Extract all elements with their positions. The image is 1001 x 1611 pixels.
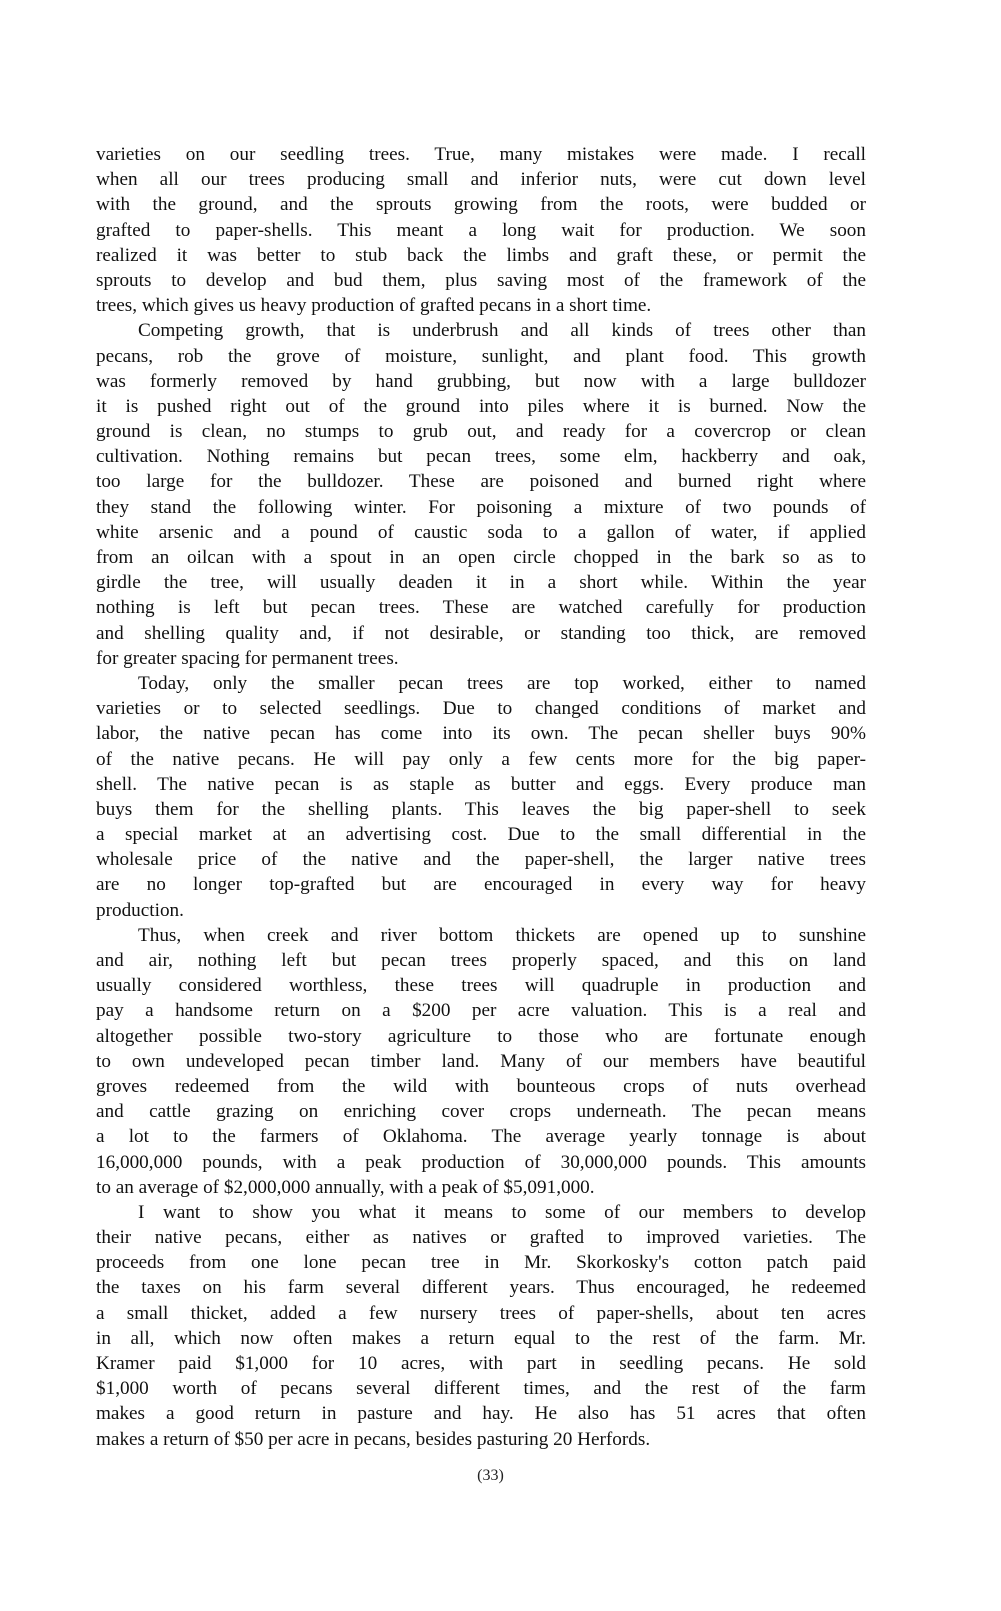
text-line: of the native pecans. He will pay only a… <box>96 747 866 772</box>
text-line: for greater spacing for permanent trees. <box>96 646 866 671</box>
text-line: their native pecans, either as natives o… <box>96 1225 866 1250</box>
text-line: when all our trees producing small and i… <box>96 167 866 192</box>
text-line: from an oilcan with a spout in an open c… <box>96 545 866 570</box>
text-line: altogether possible two-story agricultur… <box>96 1024 866 1049</box>
paragraph: Thus, when creek and river bottom thicke… <box>96 923 866 1200</box>
text-line: makes a good return in pasture and hay. … <box>96 1401 866 1426</box>
text-line: and cattle grazing on enriching cover cr… <box>96 1099 866 1124</box>
text-line: sprouts to develop and bud them, plus sa… <box>96 268 866 293</box>
text-line: to own undeveloped pecan timber land. Ma… <box>96 1049 866 1074</box>
text-line: wholesale price of the native and the pa… <box>96 847 866 872</box>
text-line: cultivation. Nothing remains but pecan t… <box>96 444 866 469</box>
text-line: trees, which gives us heavy production o… <box>96 293 866 318</box>
text-line: 16,000,000 pounds, with a peak productio… <box>96 1150 866 1175</box>
text-line: varieties or to selected seedlings. Due … <box>96 696 866 721</box>
text-line: a special market at an advertising cost.… <box>96 822 866 847</box>
text-line: usually considered worthless, these tree… <box>96 973 866 998</box>
text-line: they stand the following winter. For poi… <box>96 495 866 520</box>
text-line: $1,000 worth of pecans several different… <box>96 1376 866 1401</box>
text-line: a small thicket, added a few nursery tre… <box>96 1301 866 1326</box>
text-line: with the ground, and the sprouts growing… <box>96 192 866 217</box>
text-line: are no longer top-grafted but are encour… <box>96 872 866 897</box>
text-line: pecans, rob the grove of moisture, sunli… <box>96 344 866 369</box>
paragraph: varieties on our seedling trees. True, m… <box>96 142 866 318</box>
text-line: groves redeemed from the wild with bount… <box>96 1074 866 1099</box>
text-line: the taxes on his farm several different … <box>96 1275 866 1300</box>
text-line: labor, the native pecan has come into it… <box>96 721 866 746</box>
text-line: in all, which now often makes a return e… <box>96 1326 866 1351</box>
text-line: I want to show you what it means to some… <box>96 1200 866 1225</box>
text-line: pay a handsome return on a $200 per acre… <box>96 998 866 1023</box>
text-line: proceeds from one lone pecan tree in Mr.… <box>96 1250 866 1275</box>
text-line: to an average of $2,000,000 annually, wi… <box>96 1175 866 1200</box>
text-line: Competing growth, that is underbrush and… <box>96 318 866 343</box>
text-line: Kramer paid $1,000 for 10 acres, with pa… <box>96 1351 866 1376</box>
text-line: shell. The native pecan is as staple as … <box>96 772 866 797</box>
page-number-text: (33) <box>477 1467 504 1484</box>
text-line: Thus, when creek and river bottom thicke… <box>96 923 866 948</box>
page-number: (33) <box>0 1467 1001 1485</box>
text-line: Today, only the smaller pecan trees are … <box>96 671 866 696</box>
text-line: makes a return of $50 per acre in pecans… <box>96 1427 866 1452</box>
text-line: it is pushed right out of the ground int… <box>96 394 866 419</box>
text-line: production. <box>96 898 866 923</box>
text-line: nothing is left but pecan trees. These a… <box>96 595 866 620</box>
text-line: and shelling quality and, if not desirab… <box>96 621 866 646</box>
text-line: and air, nothing left but pecan trees pr… <box>96 948 866 973</box>
text-line: grafted to paper-shells. This meant a lo… <box>96 218 866 243</box>
text-line: white arsenic and a pound of caustic sod… <box>96 520 866 545</box>
text-line: girdle the tree, will usually deaden it … <box>96 570 866 595</box>
text-line: ground is clean, no stumps to grub out, … <box>96 419 866 444</box>
text-line: realized it was better to stub back the … <box>96 243 866 268</box>
document-body: varieties on our seedling trees. True, m… <box>96 142 866 1452</box>
text-line: a lot to the farmers of Oklahoma. The av… <box>96 1124 866 1149</box>
paragraph: Today, only the smaller pecan trees are … <box>96 671 866 923</box>
paragraph: Competing growth, that is underbrush and… <box>96 318 866 671</box>
text-line: too large for the bulldozer. These are p… <box>96 469 866 494</box>
paragraph: I want to show you what it means to some… <box>96 1200 866 1452</box>
text-line: was formerly removed by hand grubbing, b… <box>96 369 866 394</box>
text-line: buys them for the shelling plants. This … <box>96 797 866 822</box>
text-line: varieties on our seedling trees. True, m… <box>96 142 866 167</box>
